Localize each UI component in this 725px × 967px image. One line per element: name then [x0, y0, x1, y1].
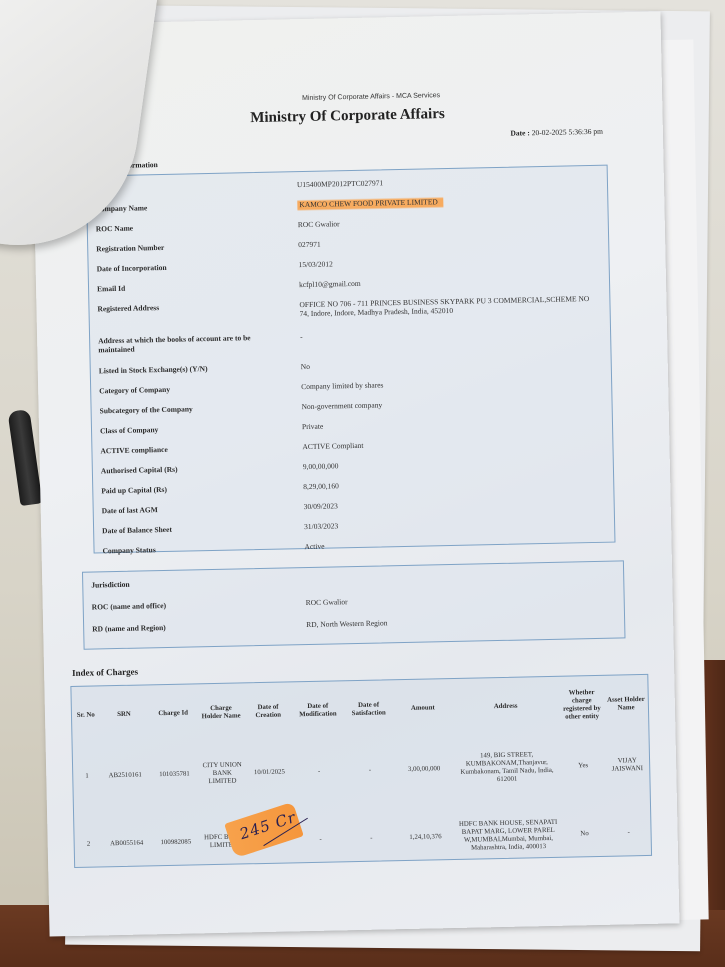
- column-header: Charge Id: [148, 684, 199, 743]
- company-info-label: Email Id: [97, 281, 267, 294]
- company-info-value: U15400MP2012PTC027971: [297, 174, 597, 189]
- index-of-charges-heading: Index of Charges: [72, 667, 138, 678]
- table-cell: 100982085: [150, 806, 201, 879]
- company-info-label: Date of Incorporation: [97, 261, 267, 274]
- table-cell: -: [606, 797, 651, 870]
- column-header: Date of Modification: [292, 681, 344, 740]
- jurisdiction-heading: Jurisdiction: [91, 580, 130, 590]
- table-row: 1AB2510161101035781CITY UNION BANK LIMIT…: [73, 733, 650, 809]
- company-info-label: Date of Balance Sheet: [102, 523, 272, 536]
- company-info-label: ROC Name: [96, 221, 266, 234]
- company-info-row: Category of CompanyCompany limited by sh…: [91, 376, 611, 387]
- company-info-value: Active: [304, 536, 604, 551]
- table-cell: 1,24,10,376: [396, 801, 455, 874]
- company-info-row: Email Idkcfpl10@gmail.com: [89, 274, 609, 285]
- table-cell: AB0055164: [102, 807, 152, 880]
- company-information-box: CINU15400MP2012PTC027971Company NameKAMC…: [86, 165, 616, 554]
- company-info-row: Subcategory of the CompanyNon-government…: [92, 396, 612, 407]
- table-cell: No: [562, 798, 608, 871]
- table-cell: AB2510161: [100, 743, 150, 808]
- company-info-row: Address at which the books of account ar…: [90, 326, 610, 337]
- company-info-value: 9,00,00,000: [303, 456, 603, 471]
- highlighted-company-name: KAMCO CHEW FOOD PRIVATE LIMITED: [297, 196, 444, 211]
- column-header: Sr. No: [71, 686, 100, 745]
- company-info-value: -: [300, 326, 600, 341]
- table-cell: -: [293, 739, 346, 804]
- company-info-label: Authorised Capital (Rs): [101, 463, 271, 476]
- jurisdiction-box: Jurisdiction ROC (name and office)ROC Gw…: [82, 560, 626, 649]
- document-date: Date : 20-02-2025 5:36:36 pm: [510, 127, 603, 138]
- table-cell: 1: [73, 744, 102, 809]
- company-info-row: Date of Incorporation15/03/2012: [89, 254, 609, 265]
- column-header: Date of Satisfaction: [343, 680, 395, 739]
- company-info-row: Paid up Capital (Rs)8,29,00,160: [93, 476, 613, 487]
- company-info-label: Registration Number: [96, 241, 266, 254]
- company-info-value: KAMCO CHEW FOOD PRIVATE LIMITED: [297, 194, 597, 209]
- company-info-value: Non-government company: [301, 396, 601, 411]
- company-info-row: ROC NameROC Gwalior: [88, 214, 608, 225]
- table-cell: -: [344, 738, 396, 803]
- table-cell: -: [345, 802, 397, 875]
- company-info-label: Address at which the books of account ar…: [98, 333, 268, 355]
- company-info-value: kcfpl10@gmail.com: [299, 274, 599, 289]
- index-of-charges-table-box: Sr. NoSRNCharge IdCharge Holder NameDate…: [70, 674, 652, 868]
- column-header: Address: [451, 677, 560, 737]
- company-info-value: ROC Gwalior: [298, 214, 598, 229]
- company-info-row: ACTIVE complianceACTIVE Compliant: [92, 436, 612, 447]
- table-cell: 3,00,00,000: [395, 737, 454, 802]
- table-cell: -: [294, 803, 347, 876]
- charges-table: Sr. NoSRNCharge IdCharge Holder NameDate…: [71, 675, 651, 881]
- company-info-label: Company Status: [102, 543, 272, 556]
- company-info-value: No: [301, 356, 601, 371]
- company-info-row: Company NameKAMCO CHEW FOOD PRIVATE LIMI…: [87, 194, 607, 205]
- table-row: 2AB0055164100982085HDFC BANK LIMITED06/0…: [74, 797, 651, 881]
- company-info-label: Registered Address: [97, 301, 267, 314]
- jurisdiction-label: RD (name and Region): [92, 621, 262, 634]
- jurisdiction-value: RD, North Western Region: [306, 614, 606, 629]
- table-cell: 2: [74, 808, 103, 881]
- company-info-value: 8,29,00,160: [303, 476, 603, 491]
- column-header: SRN: [99, 685, 149, 744]
- company-info-row: Registered AddressOFFICE NO 706 - 711 PR…: [89, 294, 609, 305]
- jurisdiction-row: ROC (name and office)ROC Gwalior: [84, 592, 604, 603]
- table-cell: 10/01/2025: [245, 740, 295, 805]
- company-info-value: 15/03/2012: [299, 254, 599, 269]
- company-info-value: 30/09/2023: [304, 496, 604, 511]
- table-cell: VIJAY JAISWANI: [605, 733, 650, 798]
- date-label: Date :: [510, 128, 530, 137]
- company-info-label: ACTIVE compliance: [100, 443, 270, 456]
- jurisdiction-row: RD (name and Region)RD, North Western Re…: [84, 614, 604, 625]
- company-info-label: Company Name: [95, 201, 265, 214]
- company-info-row: Class of CompanyPrivate: [92, 416, 612, 427]
- company-info-value: ACTIVE Compliant: [302, 436, 602, 451]
- column-header: Date of Creation: [243, 682, 292, 741]
- company-info-row: Authorised Capital (Rs)9,00,00,000: [93, 456, 613, 467]
- table-cell: CITY UNION BANK LIMITED: [199, 741, 246, 806]
- column-header: Amount: [393, 679, 452, 738]
- company-info-value: Private: [302, 416, 602, 431]
- company-info-label: Category of Company: [99, 383, 269, 396]
- print-header: Ministry Of Corporate Affairs - MCA Serv…: [302, 92, 440, 102]
- company-info-label: Paid up Capital (Rs): [101, 483, 271, 496]
- company-info-row: Company StatusActive: [94, 536, 614, 547]
- jurisdiction-value: ROC Gwalior: [306, 592, 606, 607]
- company-info-row: Registration Number027971: [88, 234, 608, 245]
- company-info-value: OFFICE NO 706 - 711 PRINCES BUSINESS SKY…: [299, 294, 599, 318]
- company-info-value: 027971: [298, 234, 598, 249]
- company-info-row: CINU15400MP2012PTC027971: [87, 174, 607, 185]
- company-info-row: Listed in Stock Exchange(s) (Y/N)No: [91, 356, 611, 367]
- jurisdiction-label: ROC (name and office): [92, 599, 262, 612]
- table-cell: 101035781: [149, 742, 200, 807]
- company-info-label: Listed in Stock Exchange(s) (Y/N): [99, 363, 269, 376]
- table-cell: Yes: [560, 734, 606, 799]
- company-info-label: Date of last AGM: [102, 503, 272, 516]
- company-info-row: Date of last AGM30/09/2023: [94, 496, 614, 507]
- company-info-label: Class of Company: [100, 423, 270, 436]
- company-info-value: Company limited by shares: [301, 376, 601, 391]
- table-cell: 149, BIG STREET, KUMBAKONAM,Thanjavur, K…: [452, 735, 561, 801]
- column-header: Asset Holder Name: [604, 675, 649, 734]
- column-header: Charge Holder Name: [197, 683, 244, 742]
- table-cell: HDFC BANK HOUSE, SENAPATI BAPAT MARG, LO…: [454, 799, 563, 873]
- company-info-value: 31/03/2023: [304, 516, 604, 531]
- date-value: 20-02-2025 5:36:36 pm: [532, 127, 603, 137]
- company-info-label: Subcategory of the Company: [100, 403, 270, 416]
- column-header: Whether charge registered by other entit…: [559, 676, 605, 735]
- company-info-row: Date of Balance Sheet31/03/2023: [94, 516, 614, 527]
